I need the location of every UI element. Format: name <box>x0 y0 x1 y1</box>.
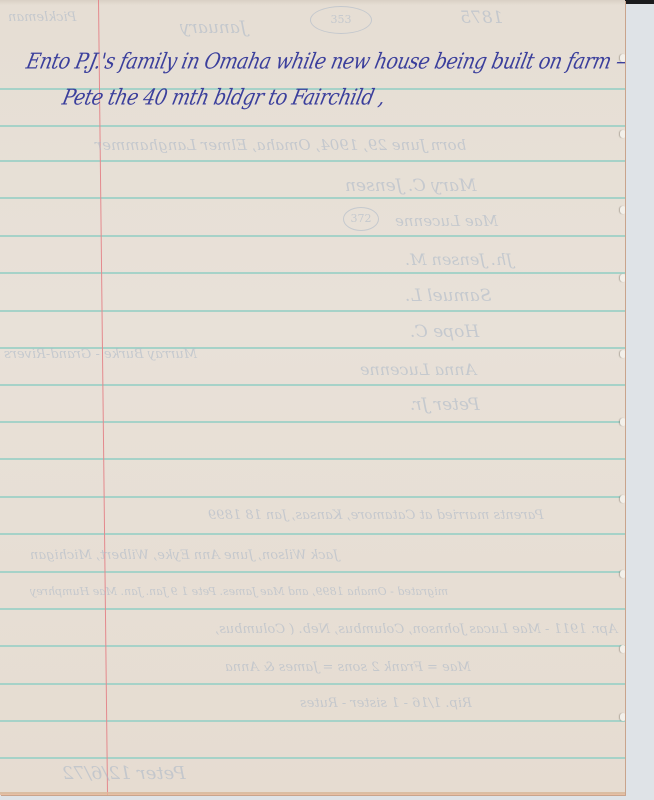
bleed-line: born June 29, 1904, Omaha, Elmer Langham… <box>95 136 466 154</box>
handwritten-line-2: Pete the 40 mth bldgr to Fairchild , <box>60 85 387 110</box>
bleed-header-right: 1875 <box>460 8 503 28</box>
red-margin-line <box>98 0 108 795</box>
rule-line <box>0 384 625 386</box>
rule-line <box>0 160 625 162</box>
bleed-line: Jack Wilson, June Ann Eyke, Wilbert, Mic… <box>30 548 338 563</box>
punch-hole <box>620 645 625 653</box>
punch-hole <box>620 570 625 578</box>
rule-line <box>0 310 625 312</box>
punch-hole <box>620 130 625 138</box>
bleed-line: Hope C. <box>410 322 479 342</box>
punch-hole <box>620 350 625 358</box>
handwritten-line-1: Ento P.J.'s family in Omaha while new ho… <box>24 49 625 74</box>
bleed-line: Peter Jr. <box>410 395 480 415</box>
bleed-line: Samuel L. <box>405 286 491 306</box>
bleed-line: Apr. 1911 - Mae Lucas Johnson, Columbus,… <box>215 622 617 637</box>
rule-line <box>0 533 625 535</box>
bleed-header-left: Pickleman <box>8 10 76 25</box>
bleed-line: Anna Lucenne <box>360 360 476 379</box>
rule-line <box>0 608 625 610</box>
rule-line <box>0 272 625 274</box>
bleed-circled-number-2: 372 <box>343 207 379 231</box>
bleed-line: Mary C. Jensen <box>345 176 476 196</box>
rule-line <box>0 571 625 573</box>
bleed-line: migrated - Omaha 1899, and Mae James. Pe… <box>30 585 448 598</box>
scanner-edge-strip <box>624 0 654 4</box>
rule-line <box>0 683 625 685</box>
bleed-line: Mae = Frank 2 sons = James & Anna <box>225 660 471 675</box>
rule-line <box>0 235 625 237</box>
rule-line <box>0 720 625 722</box>
bleed-line: Jh. Jensen M. <box>405 250 513 269</box>
bleed-header-mid: January <box>180 18 247 38</box>
notebook-page: Pickleman January 353 1875 born June 29,… <box>0 0 625 795</box>
rule-line <box>0 125 625 127</box>
bleed-line: Rip. 1/16 - 1 sister - Rutes <box>300 696 472 711</box>
rule-line <box>0 458 625 460</box>
punch-hole <box>620 713 625 721</box>
bleed-line: Peter 12/6/72 <box>62 763 186 784</box>
rule-line <box>0 757 625 759</box>
bleed-line: Murray Burke - Grand-Rivers <box>4 347 197 362</box>
rule-line <box>0 792 625 794</box>
bleed-line: Mae Lucenne <box>395 212 498 230</box>
rule-line <box>0 197 625 199</box>
punch-hole <box>620 206 625 214</box>
bleed-circled-number: 353 <box>310 6 372 34</box>
rule-line <box>0 421 625 423</box>
punch-hole <box>620 418 625 426</box>
bleed-line: Parents married at Catamore, Kansas, Jan… <box>208 508 544 523</box>
rule-line <box>0 496 625 498</box>
punch-hole <box>620 495 625 503</box>
rule-line <box>0 645 625 647</box>
punch-hole <box>620 274 625 282</box>
